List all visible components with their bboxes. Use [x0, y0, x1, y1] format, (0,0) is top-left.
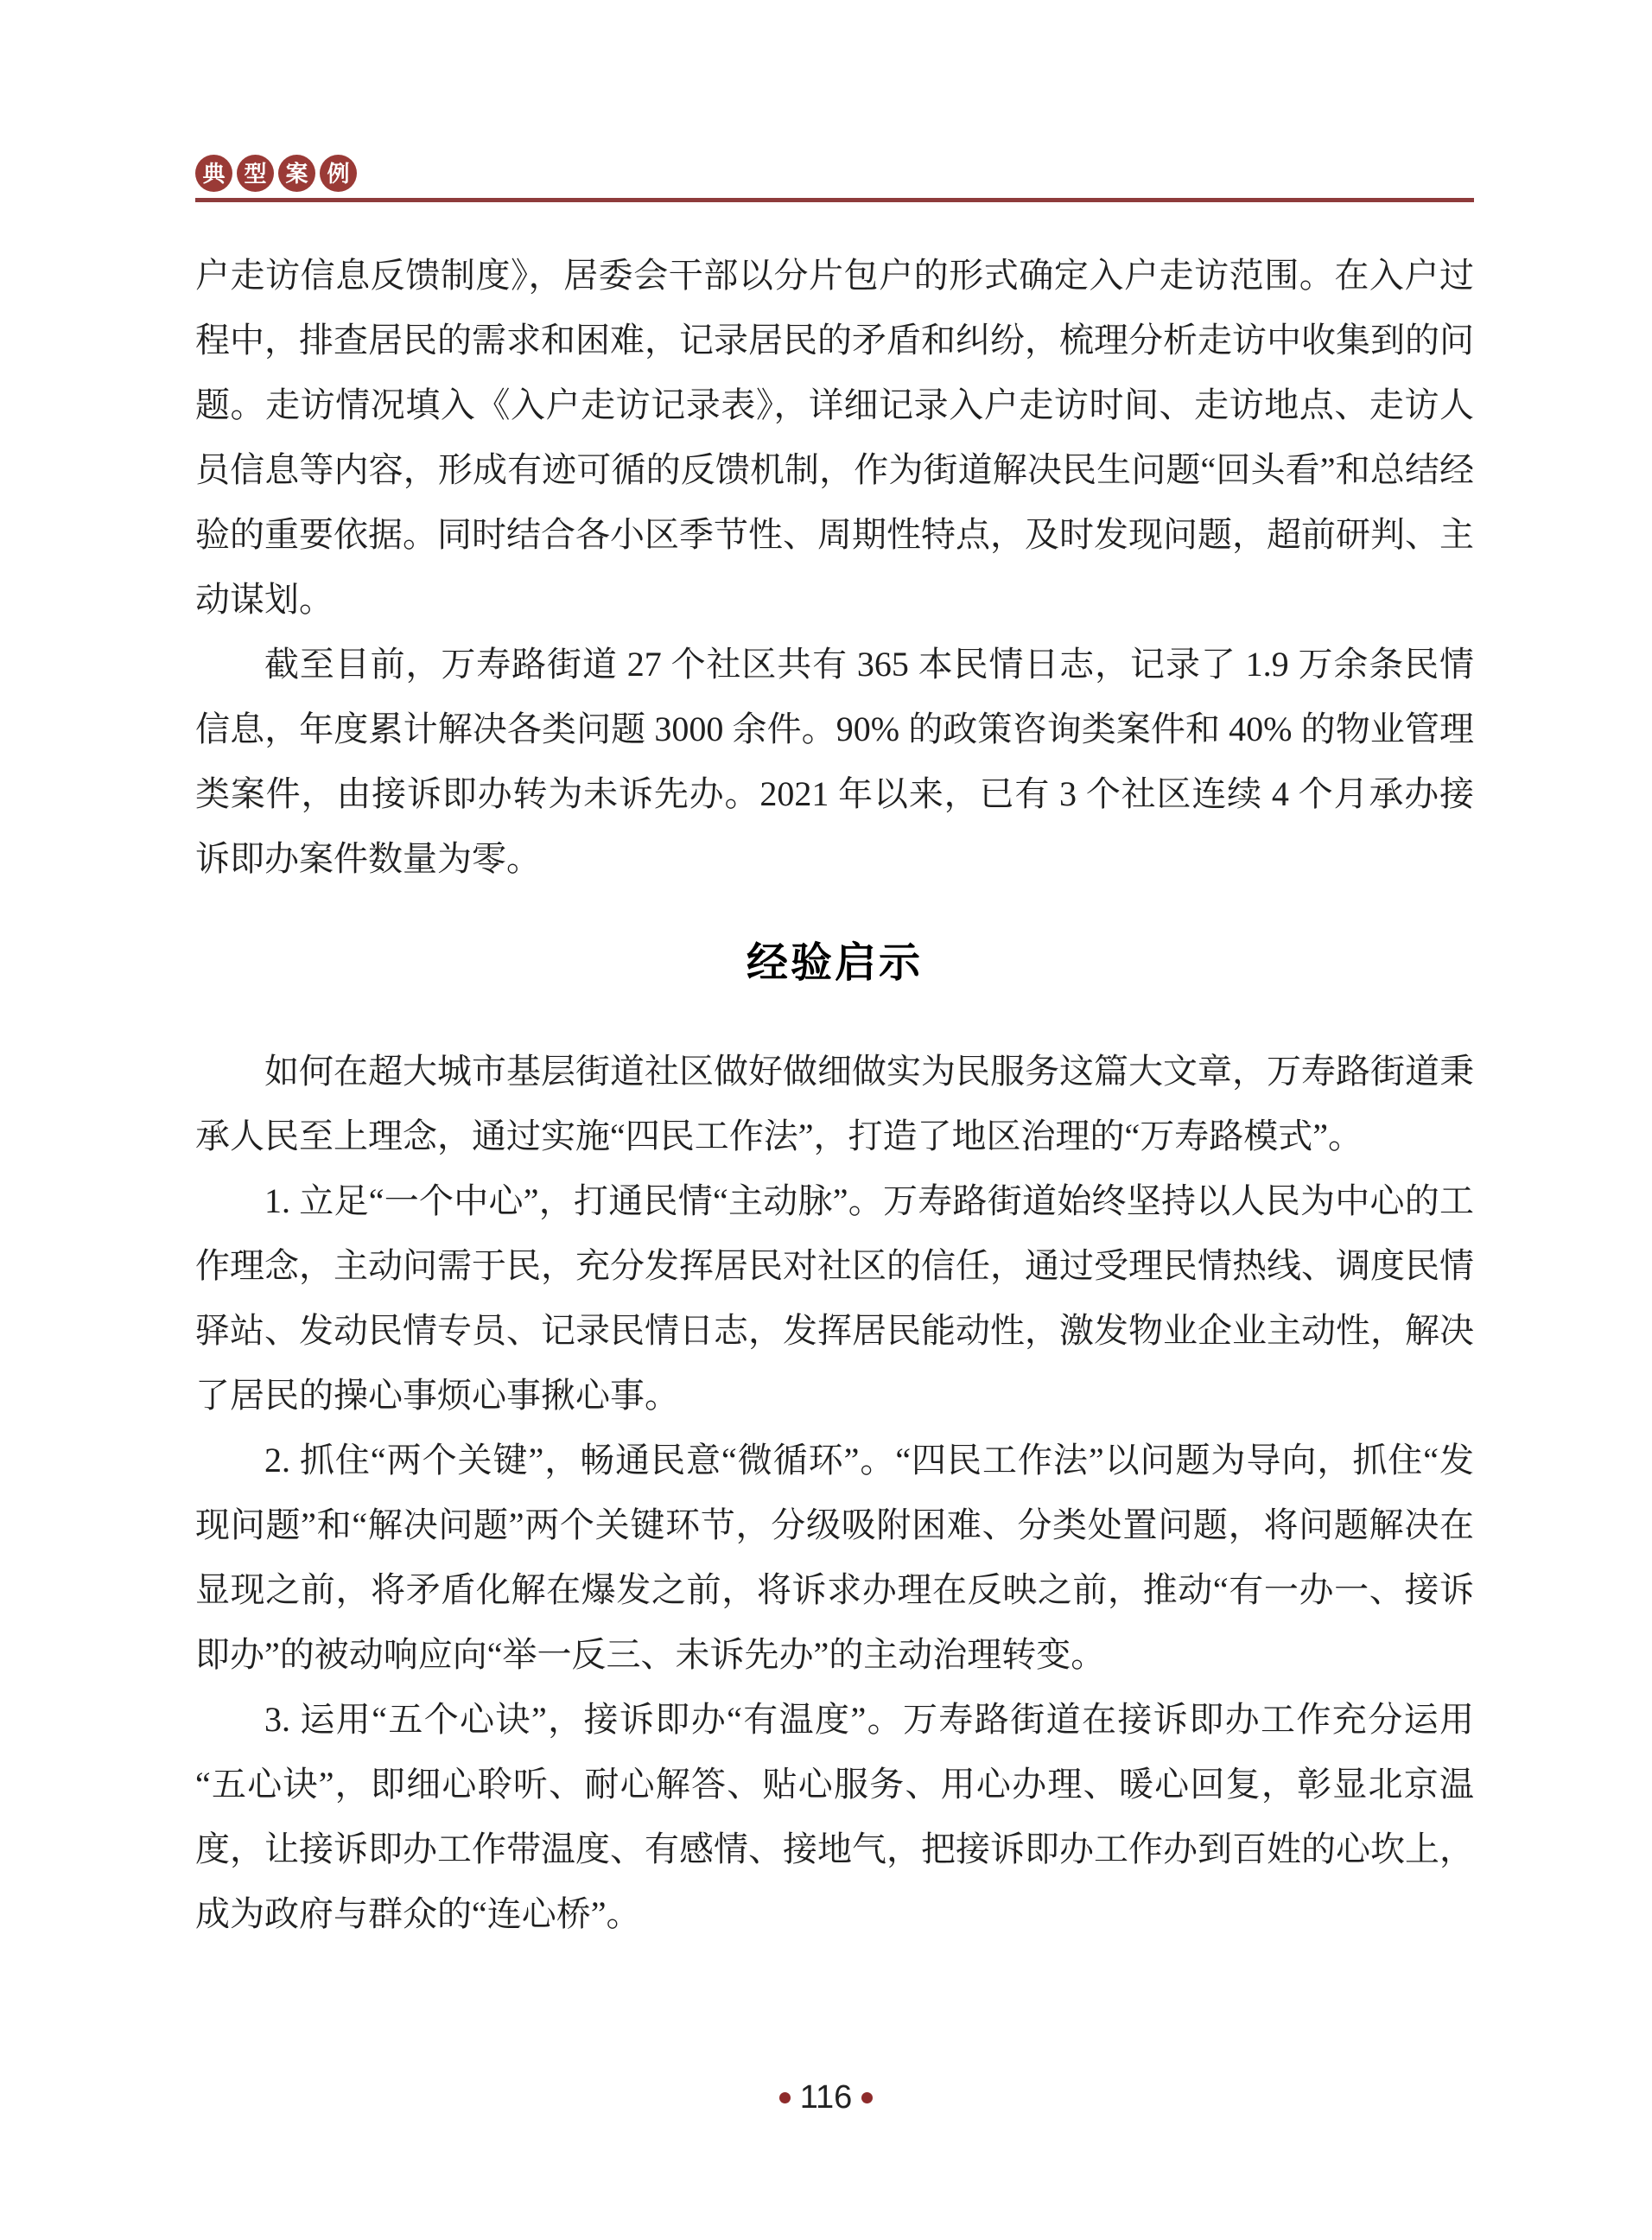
page-footer: 116	[0, 2081, 1652, 2114]
body-paragraph: 3. 运用“五个心诀”，接诉即办“有温度”。万寿路街道在接诉即办工作充分运用“五…	[195, 1687, 1474, 1946]
body-paragraph: 截至目前，万寿路街道 27 个社区共有 365 本民情日志，记录了 1.9 万余…	[195, 632, 1474, 891]
section-heading: 经验启示	[195, 931, 1474, 996]
body-paragraph: 1. 立足“一个中心”，打通民情“主动脉”。万寿路街道始终坚持以人民为中心的工作…	[195, 1168, 1474, 1428]
badge-char-circle: 例	[320, 155, 357, 192]
page-number: 116	[800, 2081, 853, 2114]
body-paragraph: 如何在超大城市基层街道社区做好做细做实为民服务这篇大文章，万寿路街道秉承人民至上…	[195, 1039, 1474, 1168]
page-number-dot-right	[861, 2092, 873, 2103]
body-paragraph: 2. 抓住“两个关键”，畅通民意“微循环”。“四民工作法”以问题为导向，抓住“发…	[195, 1428, 1474, 1687]
badge-char-circle: 典	[195, 155, 232, 192]
badge-char-circle: 型	[237, 155, 274, 192]
page-content: 户走访信息反馈制度》，居委会干部以分片包户的形式确定入户走访范围。在入户过程中，…	[195, 243, 1474, 1946]
page-number-dot-left	[779, 2092, 791, 2103]
section-badge: 典 型 案 例	[195, 155, 357, 192]
body-paragraph: 户走访信息反馈制度》，居委会干部以分片包户的形式确定入户走访范围。在入户过程中，…	[195, 243, 1474, 632]
document-page: 典 型 案 例 户走访信息反馈制度》，居委会干部以分片包户的形式确定入户走访范围…	[0, 0, 1652, 2240]
badge-char-circle: 案	[278, 155, 315, 192]
header-rule	[195, 198, 1474, 202]
